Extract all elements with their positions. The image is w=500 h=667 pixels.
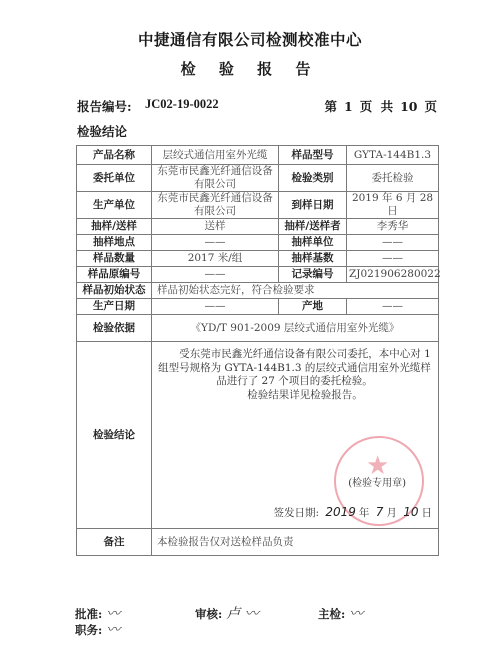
title-label: 职务: [75,623,102,637]
production-date-label: 生产日期 [77,299,152,315]
title-signature-mark: 〰 [106,622,120,638]
table-row: 生产日期 —— 产地 —— [77,299,439,315]
field-label: 抽样地点 [77,235,152,251]
basis-value: 《YD/T 901-2009 层绞式通信用室外光缆》 [152,315,439,342]
review-label: 审核: [195,607,222,621]
field-label: 记录编号 [279,267,347,283]
page-current: 1 [344,99,353,114]
production-date-value: —— [152,299,279,315]
page-indicator: 第1页 共10页 [318,97,438,115]
field-label: 抽样单位 [279,235,347,251]
table-row: 检验结论 受东莞市民鑫光纤通信设备有限公司委托，本中心对 1 组型号规格为 GY… [77,342,439,529]
title-signature: 职务:〰 [75,619,120,639]
inspection-table: 产品名称 层绞式通信用室外光缆 样品型号 GYTA-144B1.3 委托单位 东… [76,145,439,556]
issue-year: 2019 [325,505,356,519]
page-mid: 页 共 [360,99,393,114]
review-signature-mark: 卢 〰 [226,606,258,622]
field-label: 样品型号 [279,146,347,165]
field-value: 2017 米/组 [152,251,279,267]
report-number-value: JC02-19-0022 [145,97,219,112]
remarks-value: 本检验报告仅对送检样品负责 [152,529,439,556]
field-value: —— [152,267,279,283]
stamp-label: (检验专用章) [348,477,406,490]
field-label: 样品原编号 [77,267,152,283]
conclusion-paragraph: 检验结果详见检验报告。 [157,389,432,403]
field-label: 抽样/送样者 [279,219,347,235]
field-value: —— [152,235,279,251]
table-row: 生产单位 东莞市民鑫光纤通信设备有限公司 到样日期 2019 年 6 月 28 … [77,192,439,219]
initial-state-label: 样品初始状态 [77,283,152,299]
table-row: 抽样地点 —— 抽样单位 —— [77,235,439,251]
table-row: 备注 本检验报告仅对送检样品负责 [77,529,439,556]
conclusion-paragraph: 受东莞市民鑫光纤通信设备有限公司委托，本中心对 1 组型号规格为 GYTA-14… [157,348,432,389]
conclusion-text: 受东莞市民鑫光纤通信设备有限公司委托，本中心对 1 组型号规格为 GYTA-14… [157,348,432,402]
table-row: 产品名称 层绞式通信用室外光缆 样品型号 GYTA-144B1.3 [77,146,439,165]
initial-state-value: 样品初始状态完好，符合检验要求 [152,283,439,299]
field-label: 到样日期 [279,192,347,219]
origin-label: 产地 [279,299,347,315]
field-value: 李秀华 [347,219,439,235]
document-title: 检 验 报 告 [0,58,500,79]
year-unit: 年 [359,507,370,519]
table-row: 抽样/送样 送样 抽样/送样者 李秀华 [77,219,439,235]
inspector-signature: 主检:〰 [318,603,363,623]
field-label: 检验类别 [279,165,347,192]
page-total: 10 [400,99,417,114]
basis-label: 检验依据 [77,315,152,342]
remarks-label: 备注 [77,529,152,556]
issue-month: 7 [376,505,384,519]
field-value: 2019 年 6 月 28 日 [347,192,439,219]
field-value: 东莞市民鑫光纤通信设备有限公司 [152,192,279,219]
conclusion-label: 检验结论 [77,342,152,529]
field-label: 抽样基数 [279,251,347,267]
report-number-label: 报告编号: [77,97,132,115]
table-row: 样品初始状态 样品初始状态完好，符合检验要求 [77,283,439,299]
section-title: 检验结论 [77,122,127,140]
origin-value: —— [347,299,439,315]
page-suffix: 页 [424,99,437,114]
table-row: 委托单位 东莞市民鑫光纤通信设备有限公司 检验类别 委托检验 [77,165,439,192]
field-value: —— [347,251,439,267]
issue-date: 签发日期: 2019年 7月 10日 [273,506,432,520]
field-label: 产品名称 [77,146,152,165]
field-value: —— [347,235,439,251]
field-value: GYTA-144B1.3 [347,146,439,165]
organization-name: 中捷通信有限公司检测校准中心 [0,28,500,50]
month-unit: 月 [386,507,397,519]
star-icon: ★ [366,460,389,473]
table-row: 样品数量 2017 米/组 抽样基数 —— [77,251,439,267]
field-label: 抽样/送样 [77,219,152,235]
issue-day: 10 [403,505,418,519]
table-row: 检验依据 《YD/T 901-2009 层绞式通信用室外光缆》 [77,315,439,342]
conclusion-cell: 受东莞市民鑫光纤通信设备有限公司委托，本中心对 1 组型号规格为 GYTA-14… [152,342,439,529]
day-unit: 日 [422,507,433,519]
field-value: ZJ021906280022 [347,267,439,283]
inspector-signature-mark: 〰 [349,606,363,622]
field-label: 样品数量 [77,251,152,267]
table-row: 样品原编号 —— 记录编号 ZJ021906280022 [77,267,439,283]
field-label: 生产单位 [77,192,152,219]
field-label: 委托单位 [77,165,152,192]
page-prefix: 第 [325,99,338,114]
field-value: 层绞式通信用室外光缆 [152,146,279,165]
inspector-label: 主检: [318,607,345,621]
field-value: 东莞市民鑫光纤通信设备有限公司 [152,165,279,192]
issue-date-label: 签发日期: [273,507,319,519]
field-value: 送样 [152,219,279,235]
field-value: 委托检验 [347,165,439,192]
review-signature: 审核:卢 〰 [195,603,259,623]
